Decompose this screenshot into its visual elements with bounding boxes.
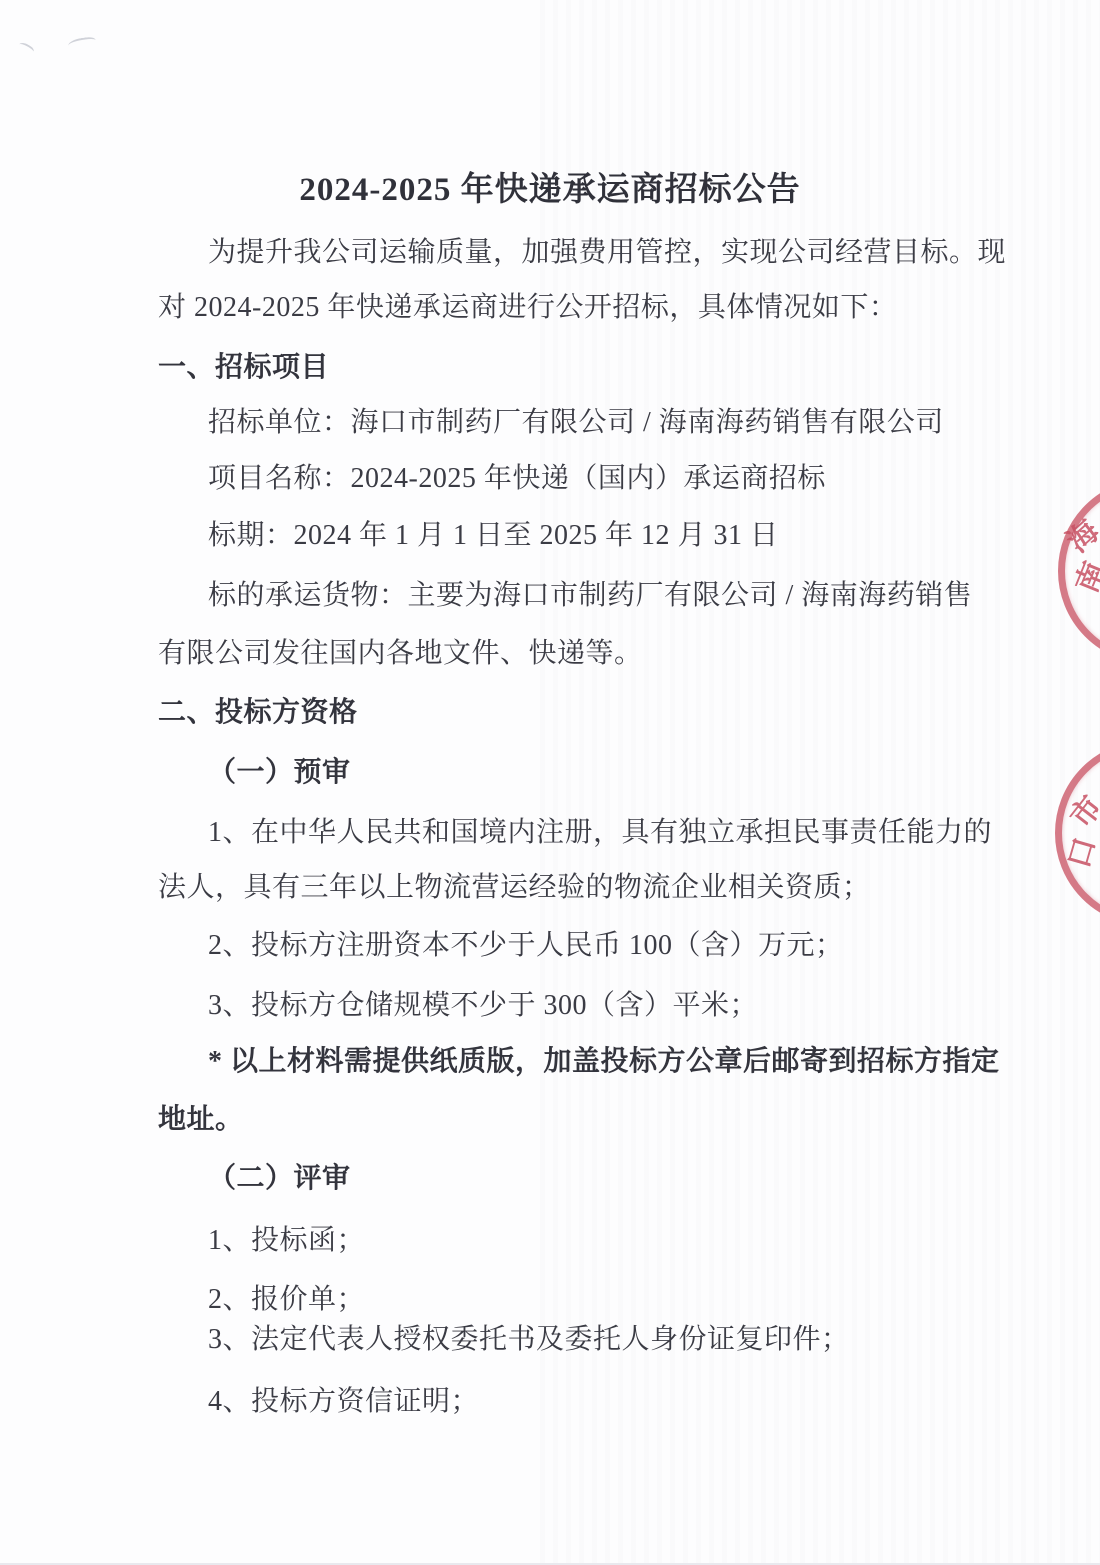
red-company-seal-lower: 市 口 — [1055, 740, 1100, 912]
section-1-heading: 一、招标项目 — [158, 352, 329, 384]
document-title: 2024-2025 年快递承运商招标公告 — [0, 163, 1100, 210]
requirement-1-line-1: 1、在中华人民共和国境内注册，具有独立承担民事责任能力的 — [208, 817, 992, 849]
red-company-seal-upper: 海 南 — [1058, 478, 1100, 650]
requirement-3-line: 3、投标方仓储规模不少于 300（含）平米； — [208, 990, 758, 1022]
tender-period-line: 标期：2024 年 1 月 1 日至 2025 年 12 月 31 日 — [208, 520, 779, 552]
evaluation-heading: （二）评审 — [208, 1163, 351, 1195]
pencil-mark — [67, 36, 96, 51]
cargo-line-2: 有限公司发往国内各地文件、快递等。 — [158, 638, 643, 670]
section-2-heading: 二、投标方资格 — [158, 697, 358, 729]
evaluation-item-4: 4、投标方资信证明； — [208, 1386, 479, 1418]
intro-line-1: 为提升我公司运输质量，加强费用管控，实现公司经营目标。现 — [208, 237, 1006, 269]
evaluation-item-1: 1、投标函； — [208, 1225, 365, 1257]
evaluation-item-3: 3、法定代表人授权委托书及委托人身份证复印件； — [208, 1324, 850, 1356]
tender-unit-line: 招标单位：海口市制药厂有限公司 / 海南海药销售有限公司 — [208, 407, 944, 439]
mail-note-line-1: * 以上材料需提供纸质版，加盖投标方公章后邮寄到招标方指定 — [208, 1046, 1000, 1078]
mail-note-line-2: 地址。 — [158, 1104, 244, 1136]
cargo-line-1: 标的承运货物：主要为海口市制药厂有限公司 / 海南海药销售 — [208, 580, 972, 612]
prequalification-heading: （一）预审 — [208, 757, 351, 789]
scanned-document-page: 2024-2025 年快递承运商招标公告 为提升我公司运输质量，加强费用管控，实… — [0, 0, 1100, 1565]
requirement-1-line-2: 法人，具有三年以上物流营运经验的物流企业相关资质； — [158, 872, 871, 904]
evaluation-item-2: 2、报价单； — [208, 1284, 365, 1316]
requirement-2-line: 2、投标方注册资本不少于人民币 100（含）万元； — [208, 930, 844, 962]
intro-line-2: 对 2024-2025 年快递承运商进行公开招标，具体情况如下： — [158, 292, 897, 324]
pencil-mark — [17, 40, 35, 56]
project-name-line: 项目名称：2024-2025 年快递（国内）承运商招标 — [208, 463, 826, 495]
